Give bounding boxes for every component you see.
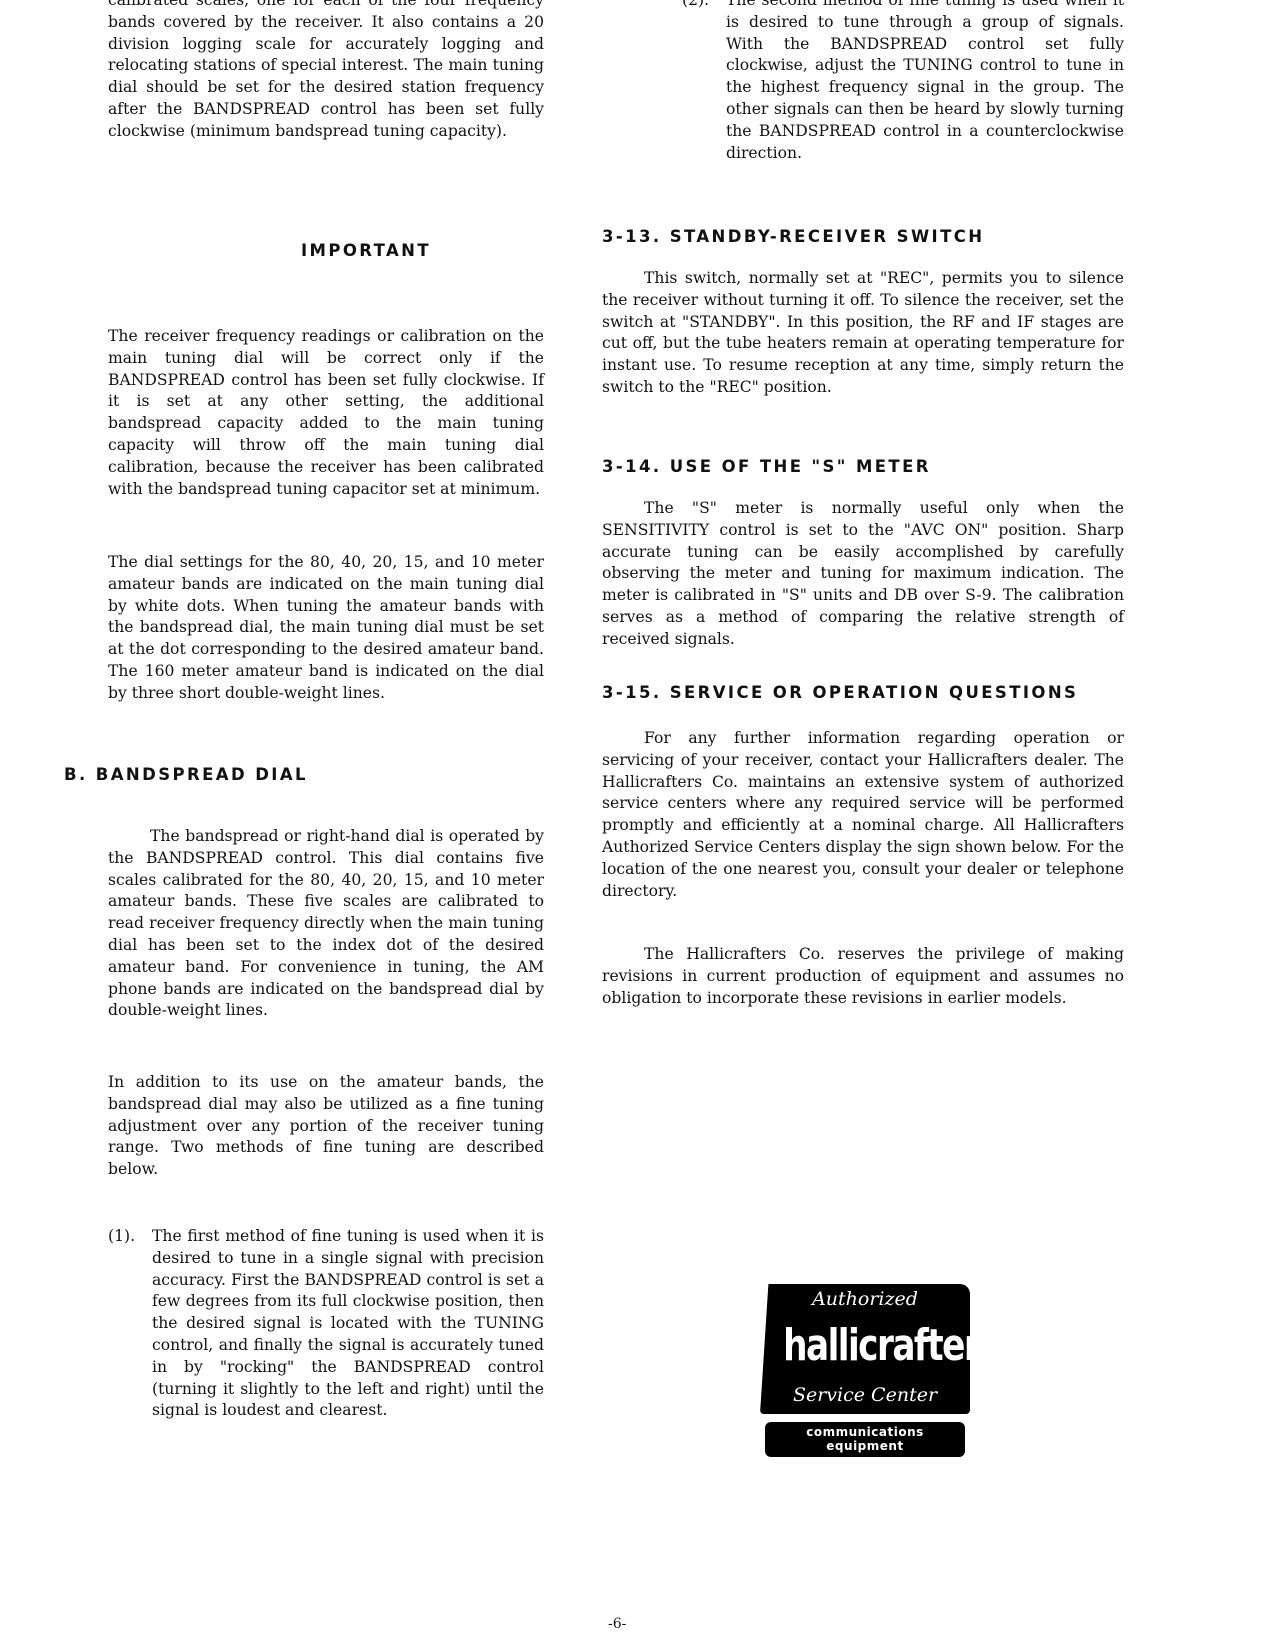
logo-brand-text: hallicrafters: [783, 1320, 947, 1371]
logo-sign: Authorized hallicrafters Service Center: [760, 1284, 970, 1414]
manual-page: calibrated scales, one for each of the f…: [0, 0, 1275, 1650]
logo-service-center-text: Service Center: [760, 1384, 970, 1406]
intro-paragraph: calibrated scales, one for each of the f…: [108, 0, 544, 143]
dots-paragraph: The dial settings for the 80, 40, 20, 15…: [108, 552, 544, 705]
section-3-13-heading: 3-13. STANDBY-RECEIVER SWITCH: [602, 226, 1124, 248]
method-2-number: (2).: [682, 0, 709, 12]
section-3-14-paragraph: The "S" meter is normally useful only wh…: [602, 498, 1124, 651]
section-b-paragraph-2: In addition to its use on the amateur ba…: [108, 1072, 544, 1181]
important-heading: IMPORTANT: [108, 240, 584, 262]
logo-tagline-line-2: equipment: [765, 1439, 965, 1453]
section-3-15-paragraph-2: The Hallicrafters Co. reserves the privi…: [602, 944, 1124, 1009]
section-3-13-paragraph: This switch, normally set at "REC", perm…: [602, 268, 1124, 399]
logo-authorized-text: Authorized: [760, 1288, 970, 1310]
hallicrafters-service-center-logo: Authorized hallicrafters Service Center …: [760, 1284, 970, 1457]
section-3-15-heading: 3-15. SERVICE OR OPERATION QUESTIONS: [602, 682, 1124, 704]
method-1-text: The first method of fine tuning is used …: [152, 1226, 544, 1422]
logo-tagline: communications equipment: [765, 1422, 965, 1457]
method-1-number: (1).: [108, 1226, 135, 1248]
important-paragraph: The receiver frequency readings or calib…: [108, 326, 544, 500]
method-1-item: (1). The first method of fine tuning is …: [108, 1226, 544, 1422]
section-b-paragraph-1: The bandspread or right-hand dial is ope…: [108, 826, 544, 1022]
logo-tagline-line-1: communications: [765, 1425, 965, 1439]
section-3-14-heading: 3-14. USE OF THE "S" METER: [602, 456, 1124, 478]
method-2-text: The second method of fine tuning is used…: [726, 0, 1124, 164]
method-2-item: (2). The second method of fine tuning is…: [682, 0, 1124, 164]
page-number: -6-: [608, 1616, 626, 1632]
section-b-heading: B. BANDSPREAD DIAL: [64, 764, 564, 786]
section-3-15-paragraph-1: For any further information regarding op…: [602, 728, 1124, 902]
